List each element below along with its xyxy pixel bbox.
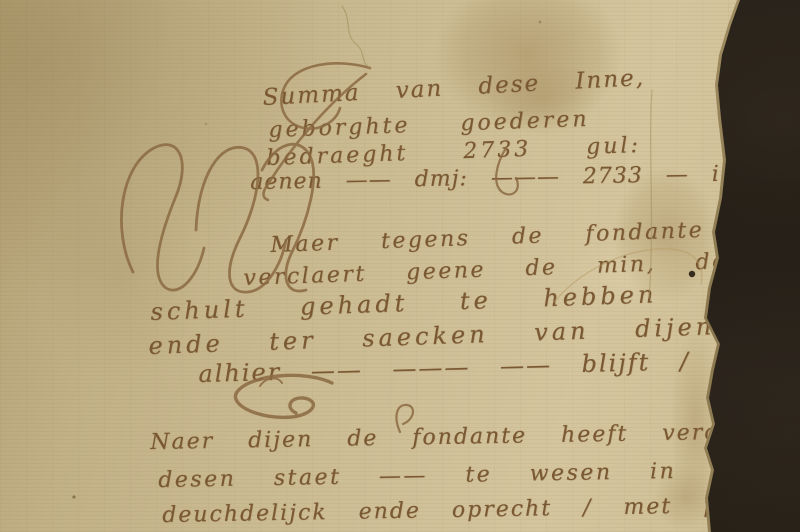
manuscript-line: deuchdelijck ende oprecht / met presen <box>162 492 791 528</box>
manuscript-line: Naer dijen de fondante heeft verclaert <box>150 419 781 455</box>
ink-speck-icon <box>205 123 207 125</box>
top-crack-icon <box>342 6 370 68</box>
manuscript-page: Summa van dese Inne, geborghte goederen … <box>0 0 800 532</box>
stain <box>20 150 220 410</box>
manuscript-line: desen staet —— te wesen in alles <box>158 457 778 493</box>
photo-of-manuscript: Summa van dese Inne, geborghte goederen … <box>0 0 800 532</box>
ink-speck-icon <box>539 21 542 24</box>
ink-speck-icon <box>72 495 75 498</box>
manuscript-line: Summa van dese Inne, <box>262 65 646 111</box>
